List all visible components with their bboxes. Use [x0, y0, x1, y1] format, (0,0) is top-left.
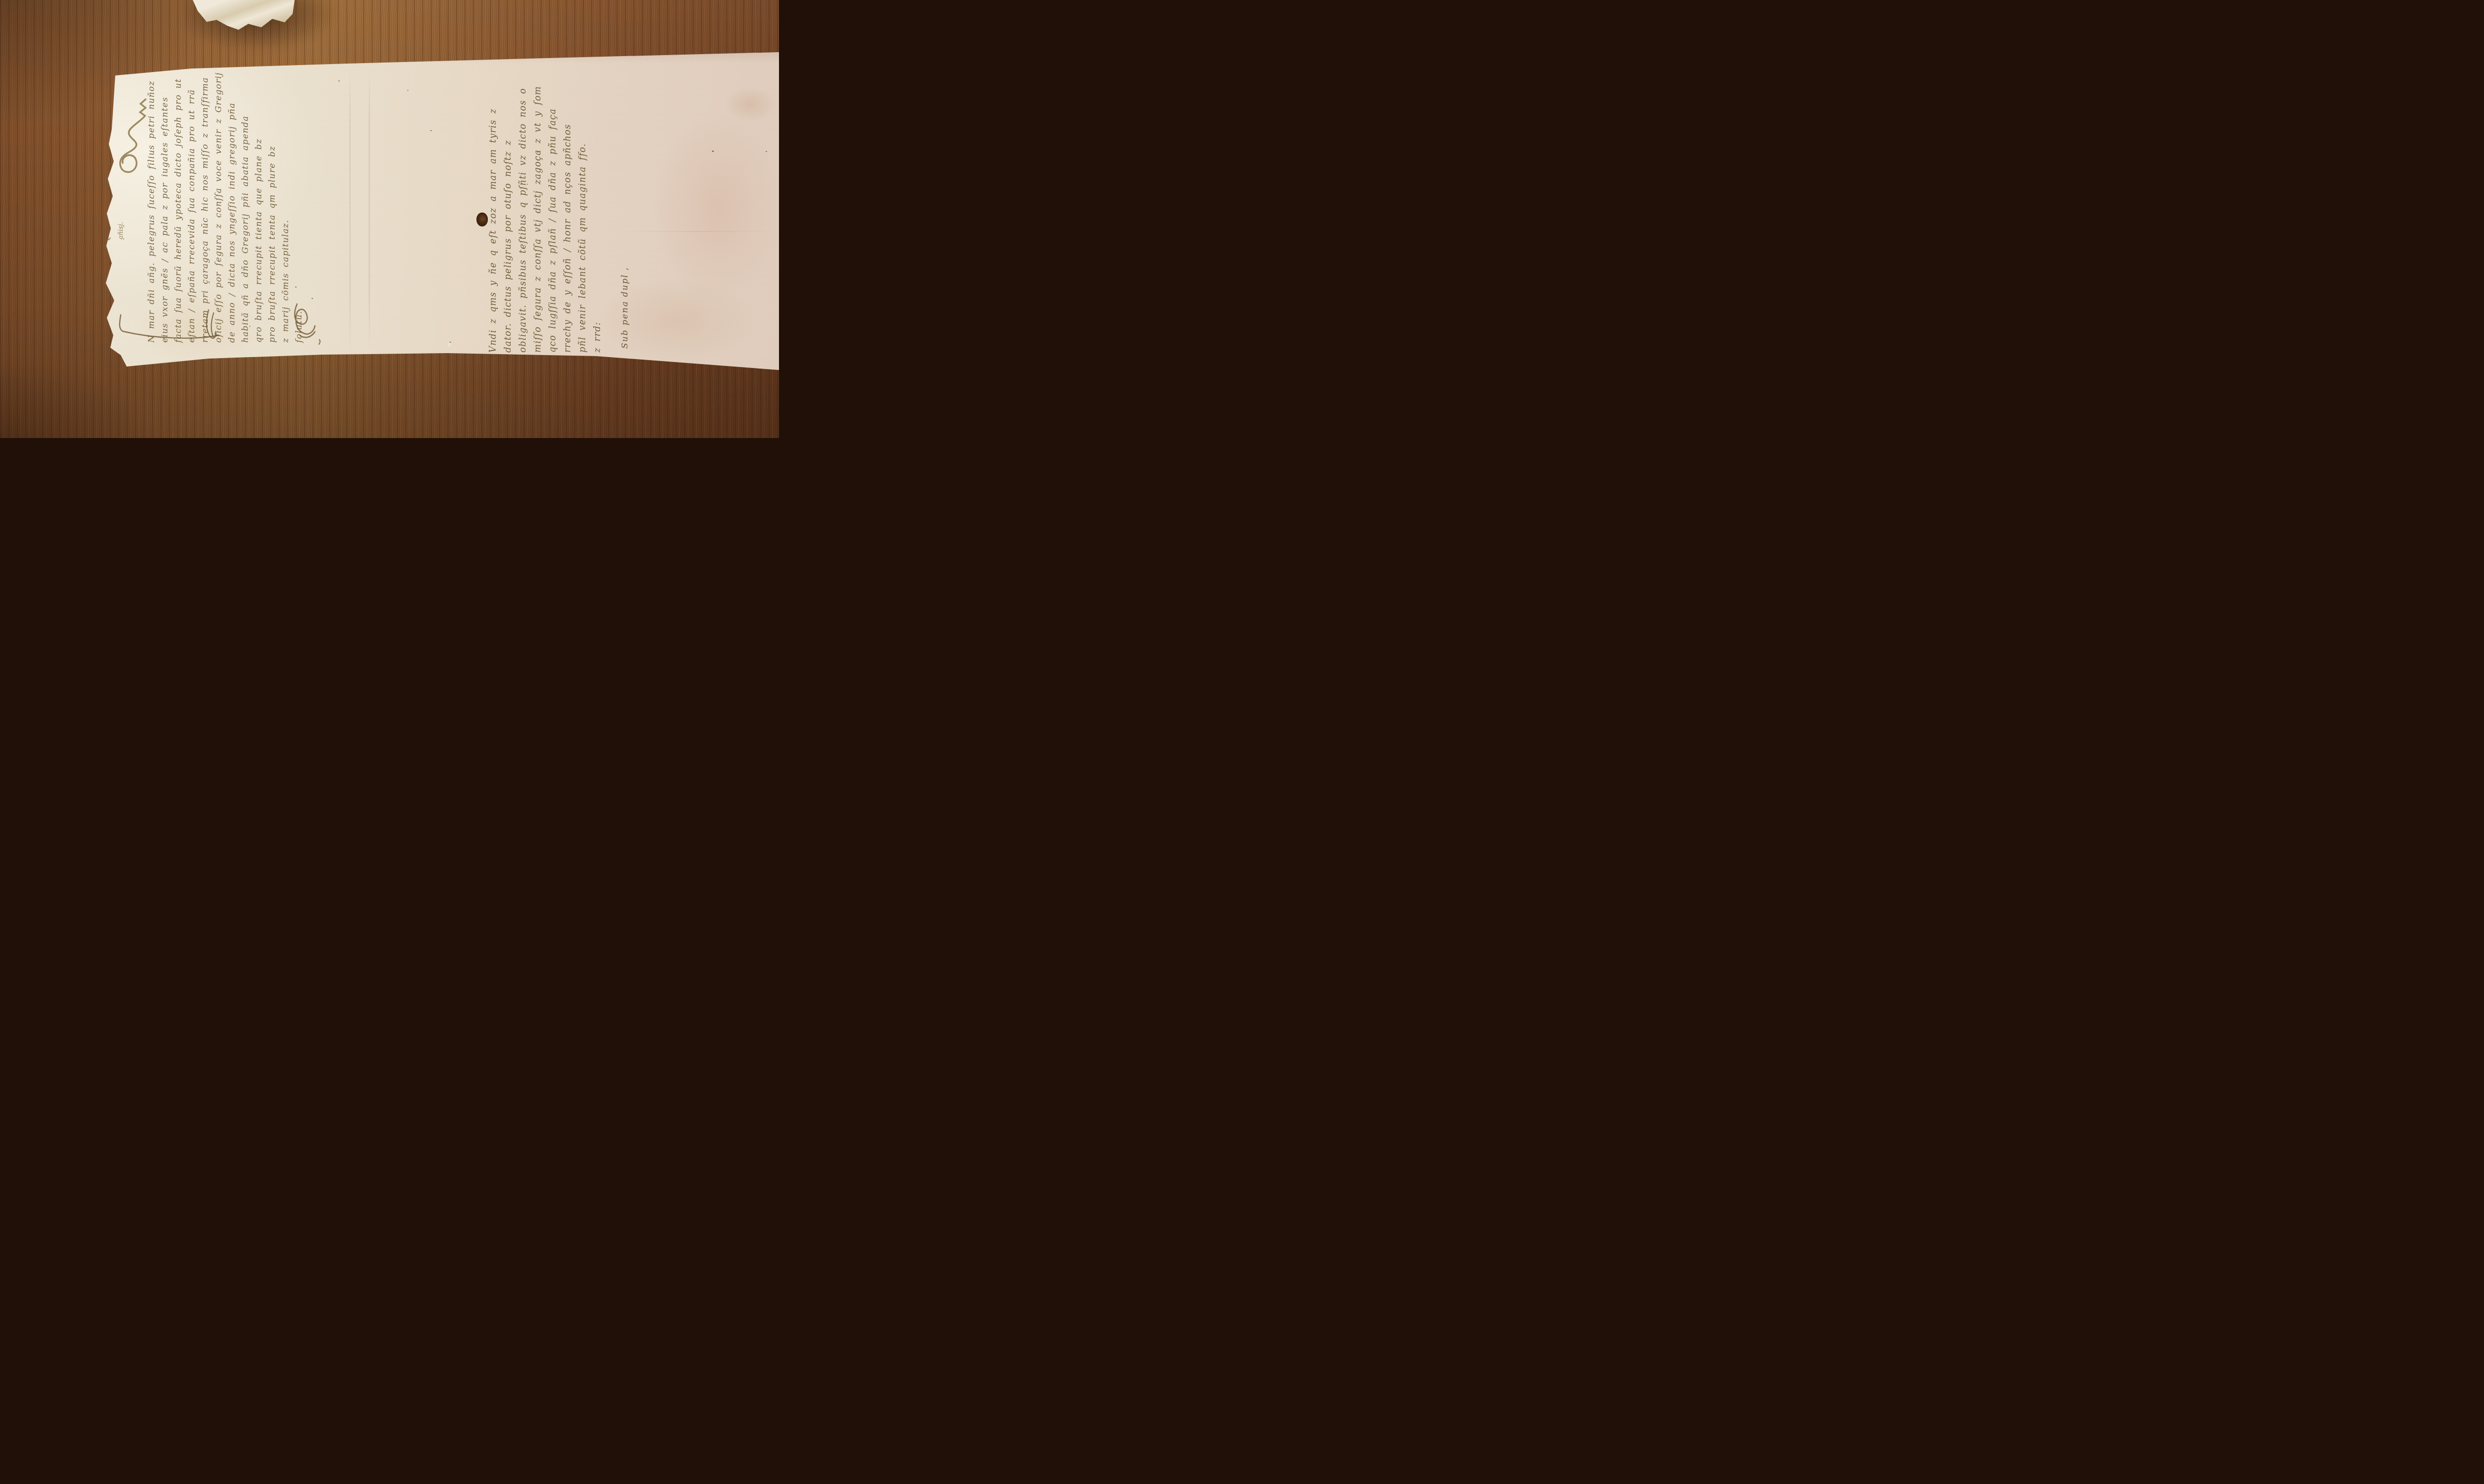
ink-speck: [338, 80, 340, 81]
manuscript-line: miſſo ſegura z conſſa vtj dictj zagoça z…: [531, 95, 545, 353]
paper-fiber: [448, 343, 452, 347]
manuscript-line: obligavit. pñsibus teſtibus q pſñti vz d…: [516, 95, 531, 353]
marginal-note: añisj.: [117, 211, 125, 239]
entry1-text-block: N mar dñi añg. pelegrus ſuceſſo filius p…: [145, 83, 306, 343]
fold-crease: [616, 231, 779, 232]
manuscript-line: oficij eſſo por ſegura z conſſa voce ven…: [212, 83, 226, 343]
manuscript-line: ſolutũ.: [293, 83, 306, 343]
ink-speck: [123, 238, 124, 239]
paraph-flourish: [120, 99, 146, 172]
manuscript-line: rrechy de y eſſoñ / honr ad nços apñchos: [560, 95, 575, 353]
manuscript-line: de anno / dicta nos yngeſſio indi gregor…: [226, 83, 239, 343]
signature-comma: [319, 340, 320, 344]
entry2-text-block: Vndi z qms y ñe q eſt zoz a mar am tyris…: [486, 95, 605, 353]
manuscript-line: qro bruſta rrecupit tienta que plane bz: [252, 83, 266, 343]
manuscript-sheet: N mar dñi añg. pelegrus ſuceſſo filius p…: [102, 50, 779, 387]
manuscript-line: facta ſua ſuorũ heredũ ypoteca dicto joſ…: [172, 83, 185, 343]
manuscript-line: z rrd:: [590, 95, 605, 353]
paper-stain: [725, 87, 775, 122]
manuscript-line: pro bruſta rrecupit tenta qm plure bz: [266, 83, 279, 343]
manuscript-line: habitã qñ a dño Gregorij pñi abatia apen…: [239, 83, 252, 343]
manuscript-line: N mar dñi añg. pelegrus ſuceſſo filius p…: [145, 83, 158, 343]
ink-speck: [430, 130, 432, 131]
fold-crease: [369, 66, 370, 351]
manuscript-line: pñl venir lebant cõtũ qm quaginta ffo.: [575, 95, 590, 353]
manuscript-line: eius vxor gnẽs / ac pala z por iugales e…: [158, 83, 172, 343]
manuscript-line: añisj.: [117, 211, 125, 239]
ink-speck: [527, 184, 528, 185]
manuscript-line: Vndi z qms y ñe q eſt zoz a mar am tyris…: [486, 95, 501, 353]
manuscript-line: rretam pri çaragoça nũc hic nos miſſo z …: [199, 83, 212, 343]
manuscript-line: qco lugſſia dña z pſlañ / ſua dña z pñu …: [545, 95, 560, 353]
manuscript-line: dator. dictus peligrus por otuſo noſtz z: [501, 95, 516, 353]
ink-speck: [249, 326, 250, 327]
paper-stain: [653, 114, 779, 303]
penalty-clause: Sub pena dupl ,: [620, 243, 630, 349]
photo-of-manuscript: N mar dñi añg. pelegrus ſuceſſo filius p…: [0, 0, 779, 438]
wormhole: [476, 213, 488, 226]
fold-crease: [349, 67, 351, 353]
ink-speck: [311, 298, 313, 299]
manuscript-line: Sub pena dupl ,: [620, 243, 630, 349]
manuscript-line: z marij cõmis capitulaz.: [279, 83, 293, 343]
ink-speck: [407, 90, 408, 91]
manuscript-line: eſtan / eſpaña rrecevida ſua conpañia pr…: [185, 83, 199, 343]
ink-speck: [450, 342, 451, 343]
